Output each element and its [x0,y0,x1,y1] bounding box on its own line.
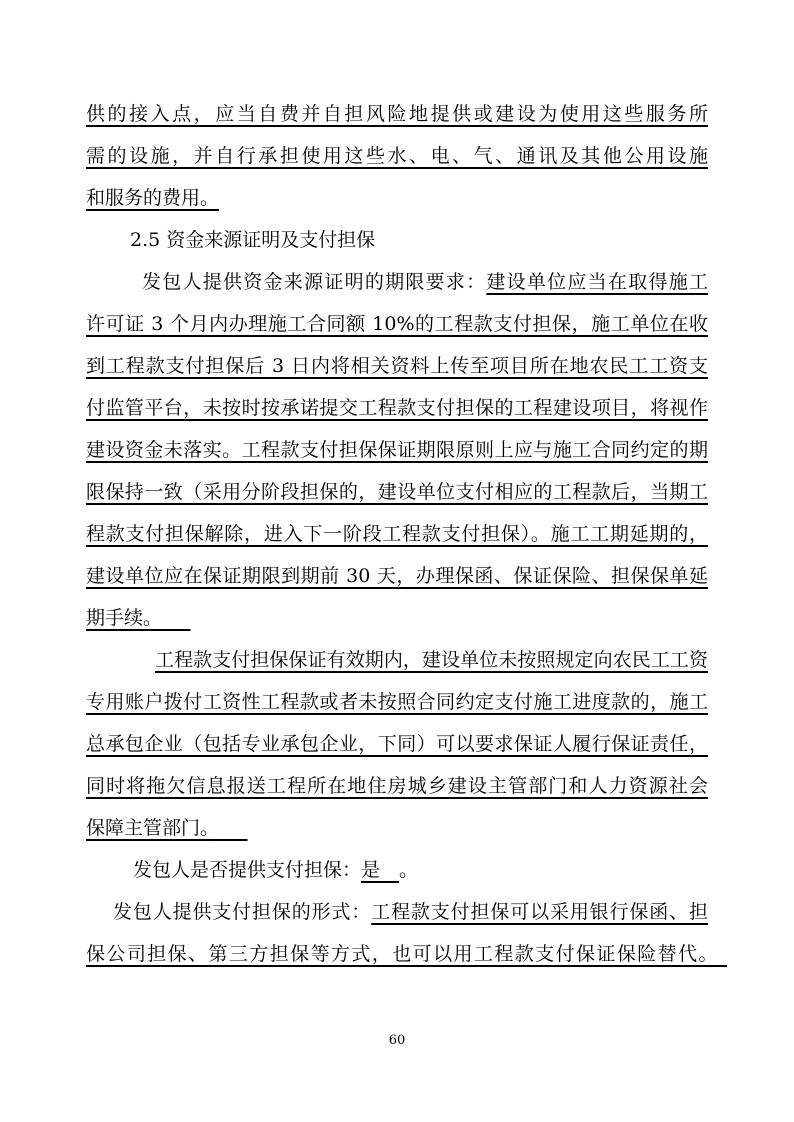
plain-text: 发包人提供支付担保的形式： [113,901,371,923]
payment-guarantee-form-clause-line: 保公司担保、第三方担保等方式，也可以用工程款支付保证保险替代。 [86,933,708,975]
underlined-text: 付监管平台，未按时按承诺提交工程款支付担保的工程建设项目，将视作 [86,397,708,419]
document-page: 供的接入点，应当自费并自担风险地提供或建设为使用这些服务所需的设施，并自行承担使… [0,0,794,1122]
previous-clause-continuation-line: 和服务的费用。 [86,177,708,219]
underlined-text: 建设单位应当在取得施工 [486,271,708,293]
guarantee-validity-clause-line: 保障主管部门。 [86,807,708,849]
funding-proof-deadline-clause-line: 付监管平台，未按时按承诺提交工程款支付担保的工程建设项目，将视作 [86,387,708,429]
underlined-text: 建设单位应在保证期限到期前 30 天，办理保函、保证保险、担保保单延 [86,565,708,587]
guarantee-validity-clause-line: 专用账户拨付工资性工程款或者未按照合同约定支付施工进度款的，施工 [86,681,708,723]
underlined-text: 保障主管部门。 [86,817,210,839]
underlined-text: 到工程款支付担保后 3 日内将相关资料上传至项目所在地农民工工资支 [86,355,708,377]
previous-clause-continuation-line: 需的设施，并自行承担使用这些水、电、气、通讯及其他公用设施 [86,135,708,177]
underlined-text: 限保持一致（采用分阶段担保的，建设单位支付相应的工程款后，当期工 [86,481,708,503]
underlined-text: 是 [361,859,399,881]
underline-blank [153,607,191,629]
funding-proof-deadline-clause-line: 许可证 3 个月内办理施工合同额 10%的工程款支付担保，施工单位在收 [86,303,708,345]
underlined-text: 保公司担保、第三方担保等方式，也可以用工程款支付保证保险替代。 [86,943,708,965]
underlined-text: 同时将拖欠信息报送工程所在地住房城乡建设主管部门和人力资源社会 [86,775,708,797]
guarantee-validity-clause-line: 总承包企业（包括专业承包企业，下同）可以要求保证人履行保证责任， [86,723,708,765]
guarantee-validity-clause-line: 工程款支付担保保证有效期内，建设单位未按照规定向农民工工资 [86,639,708,681]
underlined-text: 工程款支付担保保证有效期内，建设单位未按照规定向农民工工资 [155,649,708,671]
page-number: 60 [0,1032,794,1050]
underlined-text: 许可证 3 个月内办理施工合同额 10%的工程款支付担保，施工单位在收 [86,313,708,335]
underlined-text: 建设资金未落实。工程款支付担保保证期限原则上应与施工合同约定的期 [86,439,708,461]
plain-text: 2.5 资金来源证明及支付担保 [130,229,375,251]
payment-guarantee-provided-clause-line: 发包人是否提供支付担保：是 。 [86,849,708,891]
underlined-text: 供的接入点，应当自费并自担风险地提供或建设为使用这些服务所 [86,103,708,125]
funding-proof-deadline-clause-line: 限保持一致（采用分阶段担保的，建设单位支付相应的工程款后，当期工 [86,471,708,513]
payment-guarantee-form-clause-line: 发包人提供支付担保的形式：工程款支付担保可以采用银行保函、担 [86,891,708,933]
underline-blank [210,817,248,839]
underlined-text: 期手续。 [86,607,153,629]
underlined-text: 和服务的费用。 [86,187,219,209]
underline-blank [708,943,727,965]
funding-proof-deadline-clause-line: 发包人提供资金来源证明的期限要求：建设单位应当在取得施工 [86,261,708,303]
underlined-text: 工程款支付担保可以采用银行保函、担 [371,901,708,923]
document-body: 供的接入点，应当自费并自担风险地提供或建设为使用这些服务所需的设施，并自行承担使… [86,93,708,975]
funding-proof-deadline-clause-line: 建设资金未落实。工程款支付担保保证期限原则上应与施工合同约定的期 [86,429,708,471]
underlined-text: 需的设施，并自行承担使用这些水、电、气、通讯及其他公用设施 [86,145,708,167]
funding-proof-deadline-clause-line: 到工程款支付担保后 3 日内将相关资料上传至项目所在地农民工工资支 [86,345,708,387]
plain-text: 发包人是否提供支付担保： [133,859,361,881]
funding-proof-deadline-clause-line: 建设单位应在保证期限到期前 30 天，办理保函、保证保险、担保保单延 [86,555,708,597]
funding-proof-deadline-clause-line: 程款支付担保解除，进入下一阶段工程款支付担保）。施工工期延期的， [86,513,708,555]
section-heading-2-5-line: 2.5 资金来源证明及支付担保 [86,219,708,261]
funding-proof-deadline-clause-line: 期手续。 [86,597,708,639]
guarantee-validity-clause-line: 同时将拖欠信息报送工程所在地住房城乡建设主管部门和人力资源社会 [86,765,708,807]
underlined-text: 程款支付担保解除，进入下一阶段工程款支付担保）。施工工期延期的， [86,523,708,545]
underlined-text: 总承包企业（包括专业承包企业，下同）可以要求保证人履行保证责任， [86,733,708,755]
underlined-text: 专用账户拨付工资性工程款或者未按照合同约定支付施工进度款的，施工 [86,691,708,713]
previous-clause-continuation-line: 供的接入点，应当自费并自担风险地提供或建设为使用这些服务所 [86,93,708,135]
plain-text: 。 [399,859,418,881]
plain-text: 发包人提供资金来源证明的期限要求： [142,271,486,293]
